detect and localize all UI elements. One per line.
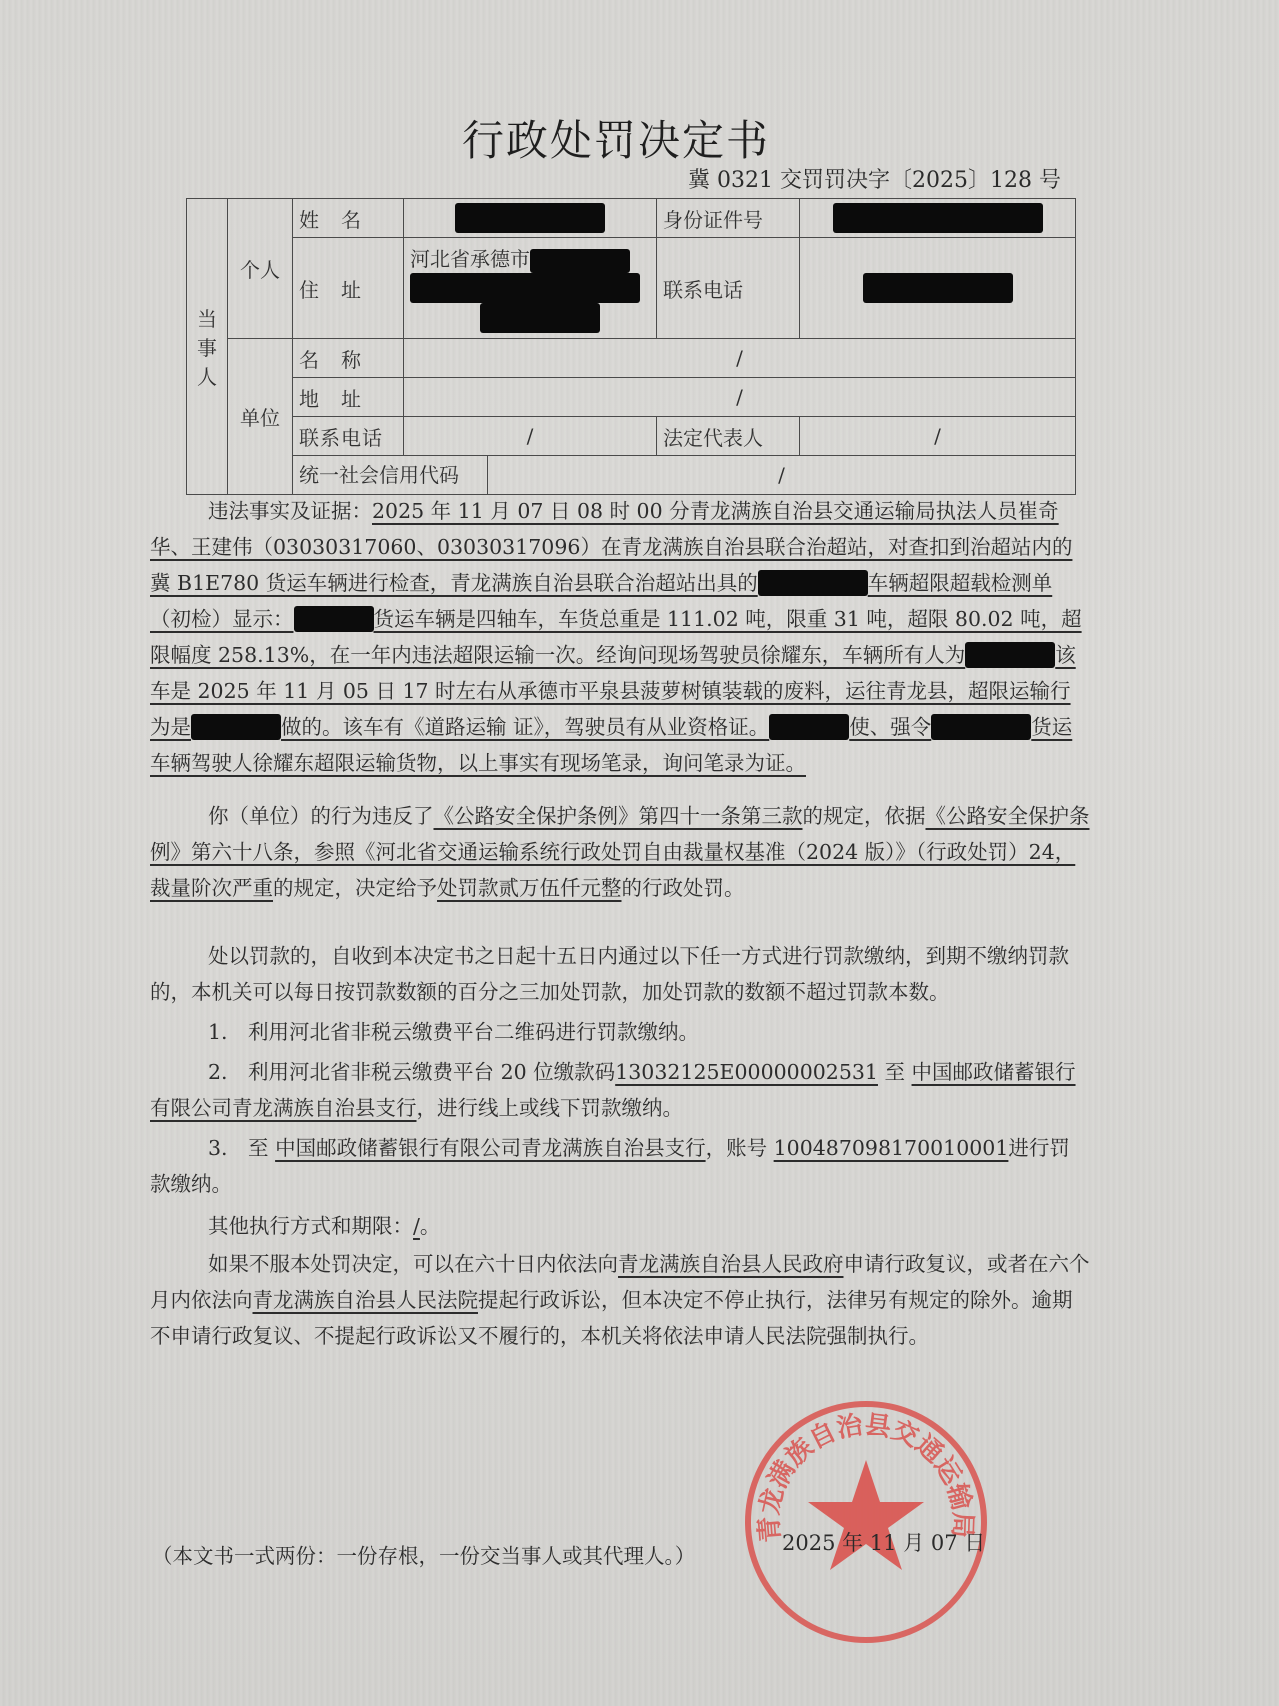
redaction-mark (965, 642, 1055, 668)
party-label: 当事人 (187, 199, 228, 495)
legal-rep-label: 法定代表人 (657, 417, 800, 456)
credit-code-value: / (488, 463, 1075, 487)
violation-paragraph: 你（单位）的行为违反了《公路安全保护条例》第四十一条第三款的规定，依据《公路安全… (150, 798, 1090, 906)
payment-section: 处以罚款的，自收到本决定书之日起十五日内通过以下任一方式进行罚款缴纳，到期不缴纳… (150, 938, 1090, 1354)
account-number: 100487098170010001 (774, 1136, 1009, 1160)
redaction-mark (931, 714, 1031, 740)
payment-option-1: 1. 利用河北省非税云缴费平台二维码进行罚款缴纳。 (150, 1014, 1090, 1050)
unit-phone-label: 联系电话 (293, 417, 404, 456)
law-violated: 《公路安全保护条例》第四十一条第三款 (434, 804, 803, 828)
unit-label: 单位 (228, 339, 293, 495)
redaction-mark (191, 714, 281, 740)
review-body: 青龙满族自治县人民政府 (618, 1252, 844, 1276)
redaction-mark (863, 273, 1013, 303)
redaction-mark (410, 273, 640, 303)
official-seal: 青龙满族自治县交通运输局 (742, 1398, 990, 1646)
payment-code: 13032125E00000002531 (615, 1060, 878, 1084)
redaction-mark (480, 303, 600, 333)
payment-intro: 处以罚款的，自收到本决定书之日起十五日内通过以下任一方式进行罚款缴纳，到期不缴纳… (150, 938, 1090, 1010)
redaction-mark (530, 249, 630, 273)
other-enforcement: 其他执行方式和期限：/。 (150, 1208, 1090, 1244)
redaction-mark (294, 606, 374, 632)
name-value (404, 199, 657, 238)
party-info-table: 当事人 个人 姓 名 身份证件号 住 址 河北省承德市 联系电话 单位 名 称 … (186, 198, 1076, 495)
account-bank: 中国邮政储蓄银行有限公司青龙满族自治县支行 (275, 1136, 706, 1160)
name-label: 姓 名 (293, 199, 404, 238)
address-label: 住 址 (293, 238, 404, 339)
copies-note: （本文书一式两份：一份存根，一份交当事人或其代理人。） (152, 1539, 695, 1569)
appeal-paragraph: 如果不服本处罚决定，可以在六十日内依法向青龙满族自治县人民政府申请行政复议，或者… (150, 1246, 1090, 1354)
redaction-mark (833, 203, 1043, 233)
facts-label: 违法事实及证据： (208, 499, 372, 523)
legal-rep-value: / (800, 417, 1076, 456)
redaction-mark (758, 570, 868, 596)
document-title: 行政处罚决定书 (462, 108, 770, 168)
unit-name-label: 名 称 (293, 339, 404, 378)
redaction-mark (769, 714, 849, 740)
id-value (800, 199, 1076, 238)
facts-paragraph: 违法事实及证据：2025 年 11 月 07 日 08 时 00 分青龙满族自治… (150, 493, 1090, 781)
phone-value (800, 238, 1076, 339)
phone-label: 联系电话 (657, 238, 800, 339)
document-number: 冀 0321 交罚罚决字〔2025〕128 号 (688, 163, 1061, 194)
unit-name-value: / (404, 339, 1076, 378)
unit-address-value: / (404, 378, 1076, 417)
unit-address-label: 地 址 (293, 378, 404, 417)
address-value: 河北省承德市 (404, 238, 657, 339)
credit-code-label: 统一社会信用代码 (293, 456, 488, 494)
payment-option-2: 2. 利用河北省非税云缴费平台 20 位缴款码13032125E00000002… (150, 1054, 1090, 1126)
payment-option-3: 3. 至 中国邮政储蓄银行有限公司青龙满族自治县支行，账号 1004870981… (150, 1130, 1090, 1202)
unit-phone-value: / (404, 417, 657, 456)
court: 青龙满族自治县人民法院 (253, 1288, 479, 1312)
id-label: 身份证件号 (657, 199, 800, 238)
individual-label: 个人 (228, 199, 293, 339)
penalty-amount: 处罚款贰万伍仟元整 (437, 876, 622, 900)
redaction-mark (455, 203, 605, 233)
issue-date: 2025 年 11 月 07 日 (782, 1527, 985, 1557)
